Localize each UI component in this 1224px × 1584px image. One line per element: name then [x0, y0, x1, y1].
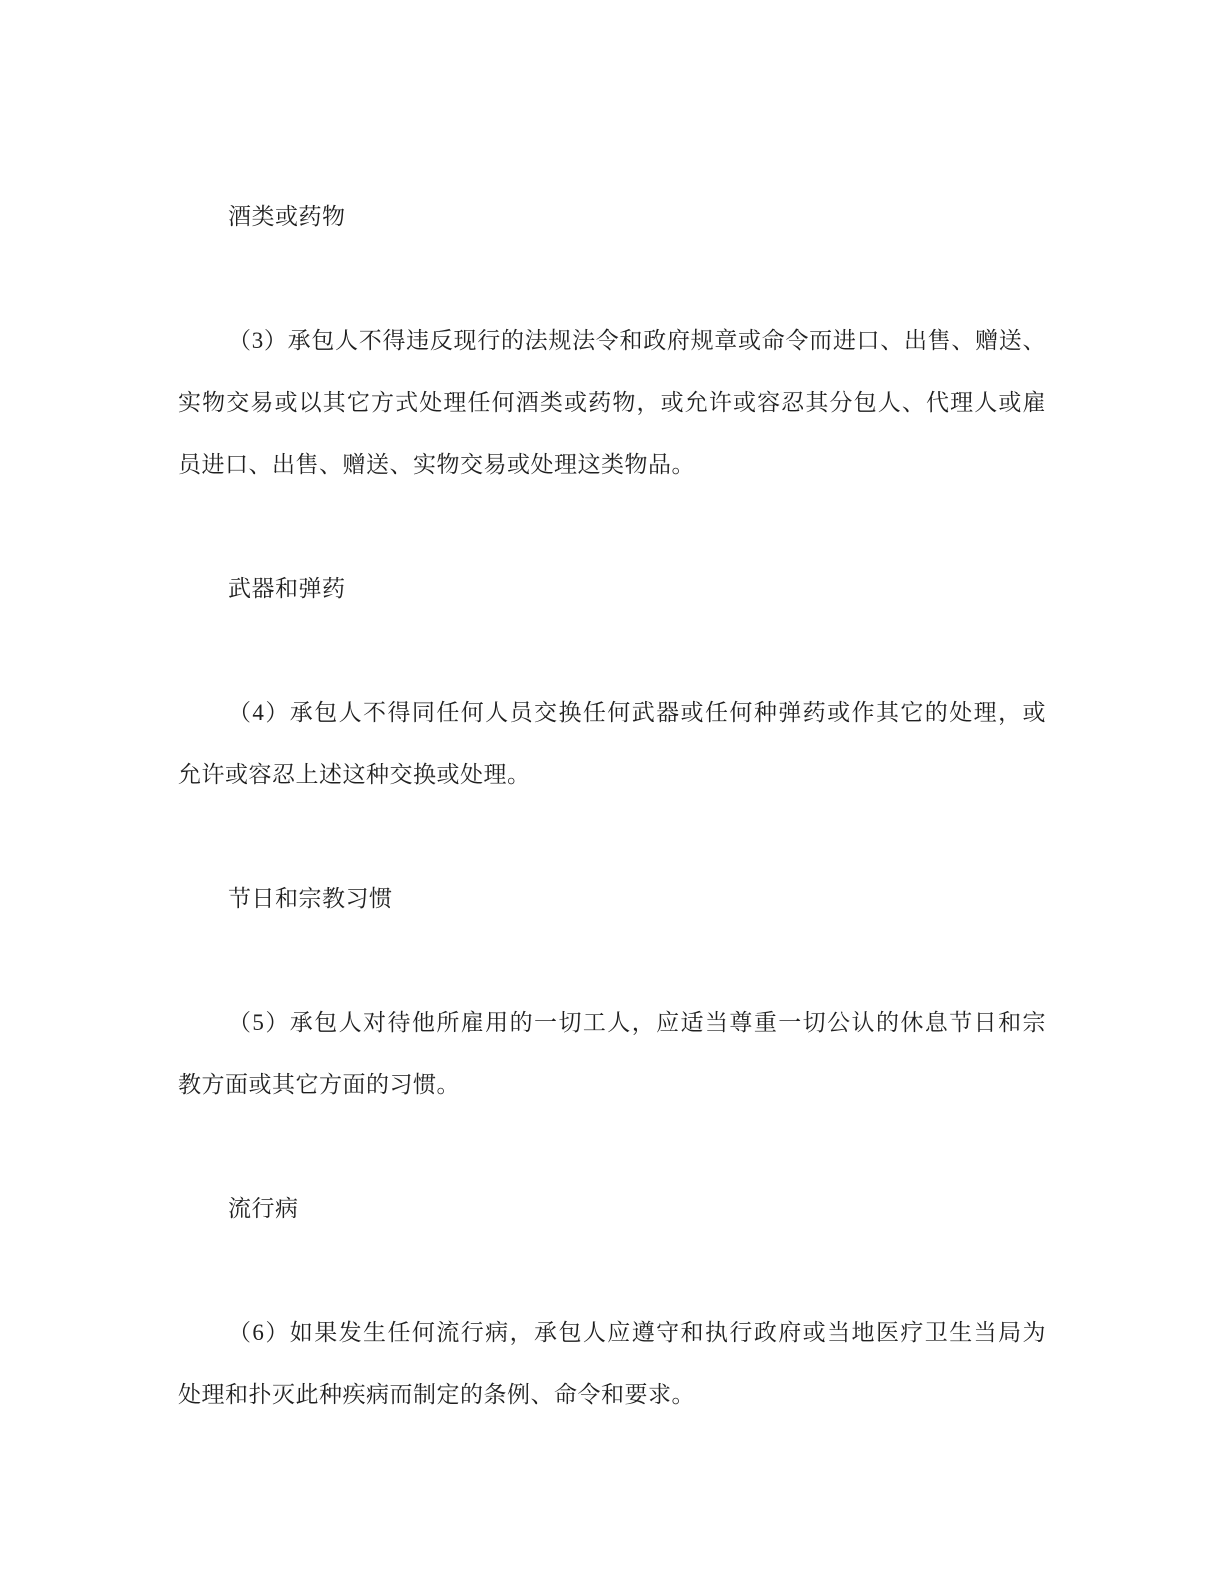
clause-paragraph: （3）承包人不得违反现行的法规法令和政府规章或命令而进口、出售、赠送、 实物交易…: [178, 310, 1046, 496]
section-heading: 武器和弹药: [178, 558, 1046, 620]
paragraph-line: （3）承包人不得违反现行的法规法令和政府规章或命令而进口、出售、赠送、: [178, 310, 1046, 372]
document-page: 酒类或药物 （3）承包人不得违反现行的法规法令和政府规章或命令而进口、出售、赠送…: [0, 0, 1224, 1584]
paragraph-line: （6）如果发生任何流行病，承包人应遵守和执行政府或当地医疗卫生当局为: [178, 1302, 1046, 1364]
clause-paragraph: （5）承包人对待他所雇用的一切工人，应适当尊重一切公认的休息节日和宗 教方面或其…: [178, 992, 1046, 1116]
clause-paragraph: （4）承包人不得同任何人员交换任何武器或任何种弹药或作其它的处理，或 允许或容忍…: [178, 682, 1046, 806]
section-epidemics: 流行病 （6）如果发生任何流行病，承包人应遵守和执行政府或当地医疗卫生当局为 处…: [178, 1178, 1046, 1426]
section-heading: 节日和宗教习惯: [178, 868, 1046, 930]
section-heading: 流行病: [178, 1178, 1046, 1240]
section-heading: 酒类或药物: [178, 186, 1046, 248]
paragraph-line: 实物交易或以其它方式处理任何酒类或药物，或允许或容忍其分包人、代理人或雇: [178, 372, 1046, 434]
section-alcohol-drugs: 酒类或药物 （3）承包人不得违反现行的法规法令和政府规章或命令而进口、出售、赠送…: [178, 186, 1046, 496]
paragraph-line: 处理和扑灭此种疾病而制定的条例、命令和要求。: [178, 1364, 1046, 1426]
paragraph-line: 员进口、出售、赠送、实物交易或处理这类物品。: [178, 434, 1046, 496]
paragraph-line: （4）承包人不得同任何人员交换任何武器或任何种弹药或作其它的处理，或: [178, 682, 1046, 744]
paragraph-line: 允许或容忍上述这种交换或处理。: [178, 744, 1046, 806]
paragraph-line: （5）承包人对待他所雇用的一切工人，应适当尊重一切公认的休息节日和宗: [178, 992, 1046, 1054]
paragraph-line: 教方面或其它方面的习惯。: [178, 1054, 1046, 1116]
section-weapons-ammunition: 武器和弹药 （4）承包人不得同任何人员交换任何武器或任何种弹药或作其它的处理，或…: [178, 558, 1046, 806]
section-festivals-religious-customs: 节日和宗教习惯 （5）承包人对待他所雇用的一切工人，应适当尊重一切公认的休息节日…: [178, 868, 1046, 1116]
clause-paragraph: （6）如果发生任何流行病，承包人应遵守和执行政府或当地医疗卫生当局为 处理和扑灭…: [178, 1302, 1046, 1426]
